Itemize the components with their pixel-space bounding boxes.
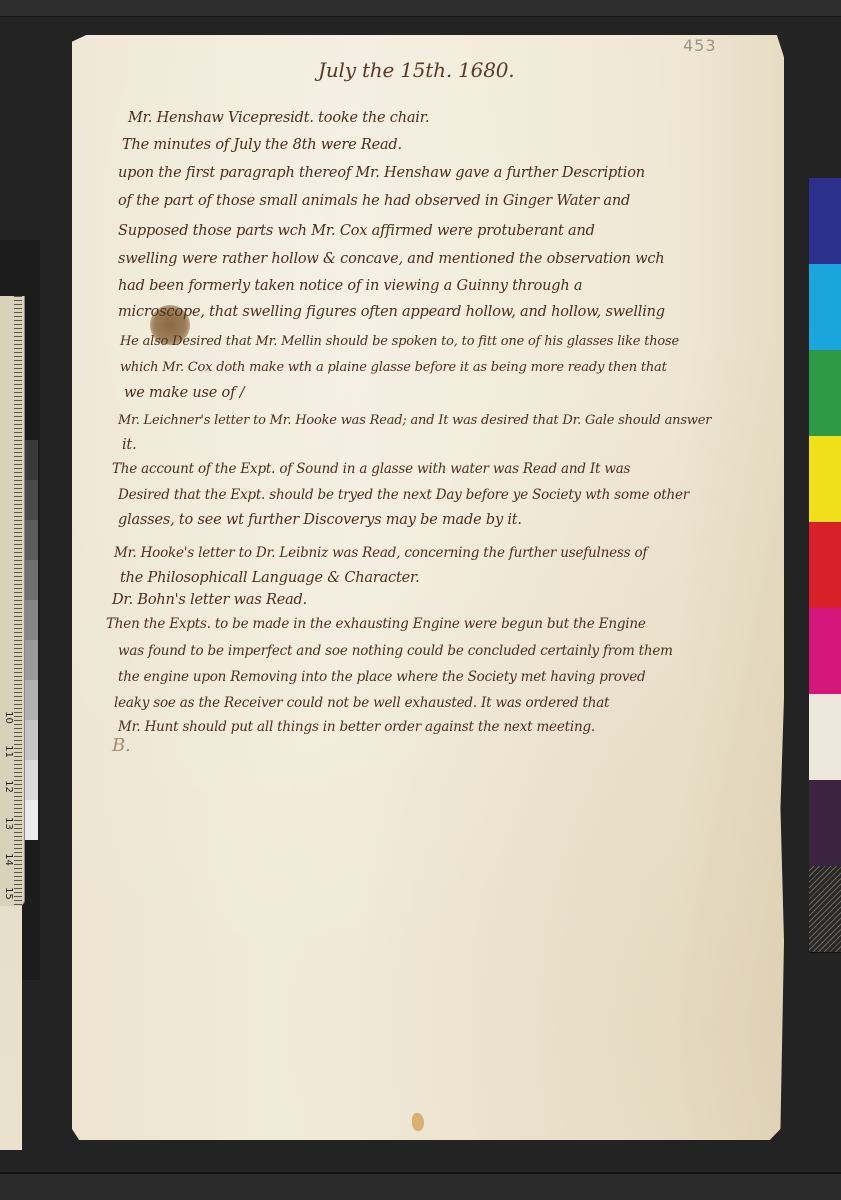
text-line: the Philosophicall Language & Character. (120, 570, 420, 586)
grey-scale-patch (24, 520, 38, 560)
text-line: Then the Expts. to be made in the exhaus… (106, 616, 646, 632)
color-calibration-chart (809, 178, 841, 952)
grey-scale-patch (24, 760, 38, 800)
swatch-blue (809, 178, 841, 265)
text-line: we make use of / (124, 385, 244, 401)
ruler-label: 15 (3, 887, 14, 900)
initials-mark: B. (112, 735, 131, 756)
backing-board-bottom (0, 1172, 841, 1200)
text-line: which Mr. Cox doth make wth a plaine gla… (120, 360, 667, 375)
ruler-label: 13 (3, 817, 14, 830)
text-line: Supposed those parts wch Mr. Cox affirme… (118, 223, 595, 239)
text-line: Mr. Henshaw Vicepresidt. tooke the chair… (128, 110, 429, 126)
ruler-label: 11 (3, 745, 14, 758)
text-line: was found to be imperfect and soe nothin… (118, 643, 673, 659)
grey-scale-patch (24, 720, 38, 760)
swatch-yellow (809, 436, 841, 523)
ruler-label: 14 (3, 853, 14, 866)
swatch-magenta (809, 608, 841, 695)
swatch-green (809, 350, 841, 437)
grey-scale-patch (24, 560, 38, 600)
swatch-black (809, 866, 841, 953)
text-line: had been formerly taken notice of in vie… (118, 278, 582, 294)
text-line: glasses, to see wt further Discoverys ma… (118, 512, 522, 528)
swatch-purple (809, 780, 841, 867)
text-line: He also Desired that Mr. Mellin should b… (120, 334, 679, 349)
swatch-white (809, 694, 841, 781)
text-line: it. (122, 437, 136, 453)
grey-scale-patch (24, 800, 38, 840)
grey-scale-patch (24, 440, 38, 480)
swatch-red (809, 522, 841, 609)
text-line: Mr. Leichner's letter to Mr. Hooke was R… (118, 413, 711, 428)
text-line: the engine upon Removing into the place … (118, 669, 646, 685)
folio-number: 453 (683, 36, 717, 55)
grey-scale-patch (24, 480, 38, 520)
swatch-cyan (809, 264, 841, 351)
ruler-label: 12 (3, 780, 14, 793)
text-line: swelling were rather hollow & concave, a… (118, 251, 664, 267)
text-line: leaky soe as the Receiver could not be w… (114, 695, 609, 711)
text-line: of the part of those small animals he ha… (118, 193, 630, 209)
ruler-ticks (14, 296, 22, 906)
text-line: Dr. Bohn's letter was Read. (112, 592, 307, 608)
backing-board-top (0, 0, 841, 17)
grey-scale-patch (24, 640, 38, 680)
date-heading: July the 15th. 1680. (318, 58, 514, 82)
foxing-spot (412, 1113, 424, 1131)
measurement-ruler: 10 11 12 13 14 15 (0, 296, 25, 906)
text-line: upon the first paragraph thereof Mr. Hen… (118, 165, 645, 181)
text-line: Desired that the Expt. should be tryed t… (118, 487, 689, 503)
text-line: The minutes of July the 8th were Read. (122, 137, 402, 153)
ruler-label: 10 (3, 711, 14, 724)
text-line: Mr. Hunt should put all things in better… (118, 719, 595, 735)
text-line: The account of the Expt. of Sound in a g… (112, 461, 630, 477)
text-line: Mr. Hooke's letter to Dr. Leibniz was Re… (114, 545, 647, 561)
text-line: microscope, that swelling figures often … (118, 304, 665, 320)
grey-scale-patch (24, 600, 38, 640)
grey-scale-patch (24, 680, 38, 720)
